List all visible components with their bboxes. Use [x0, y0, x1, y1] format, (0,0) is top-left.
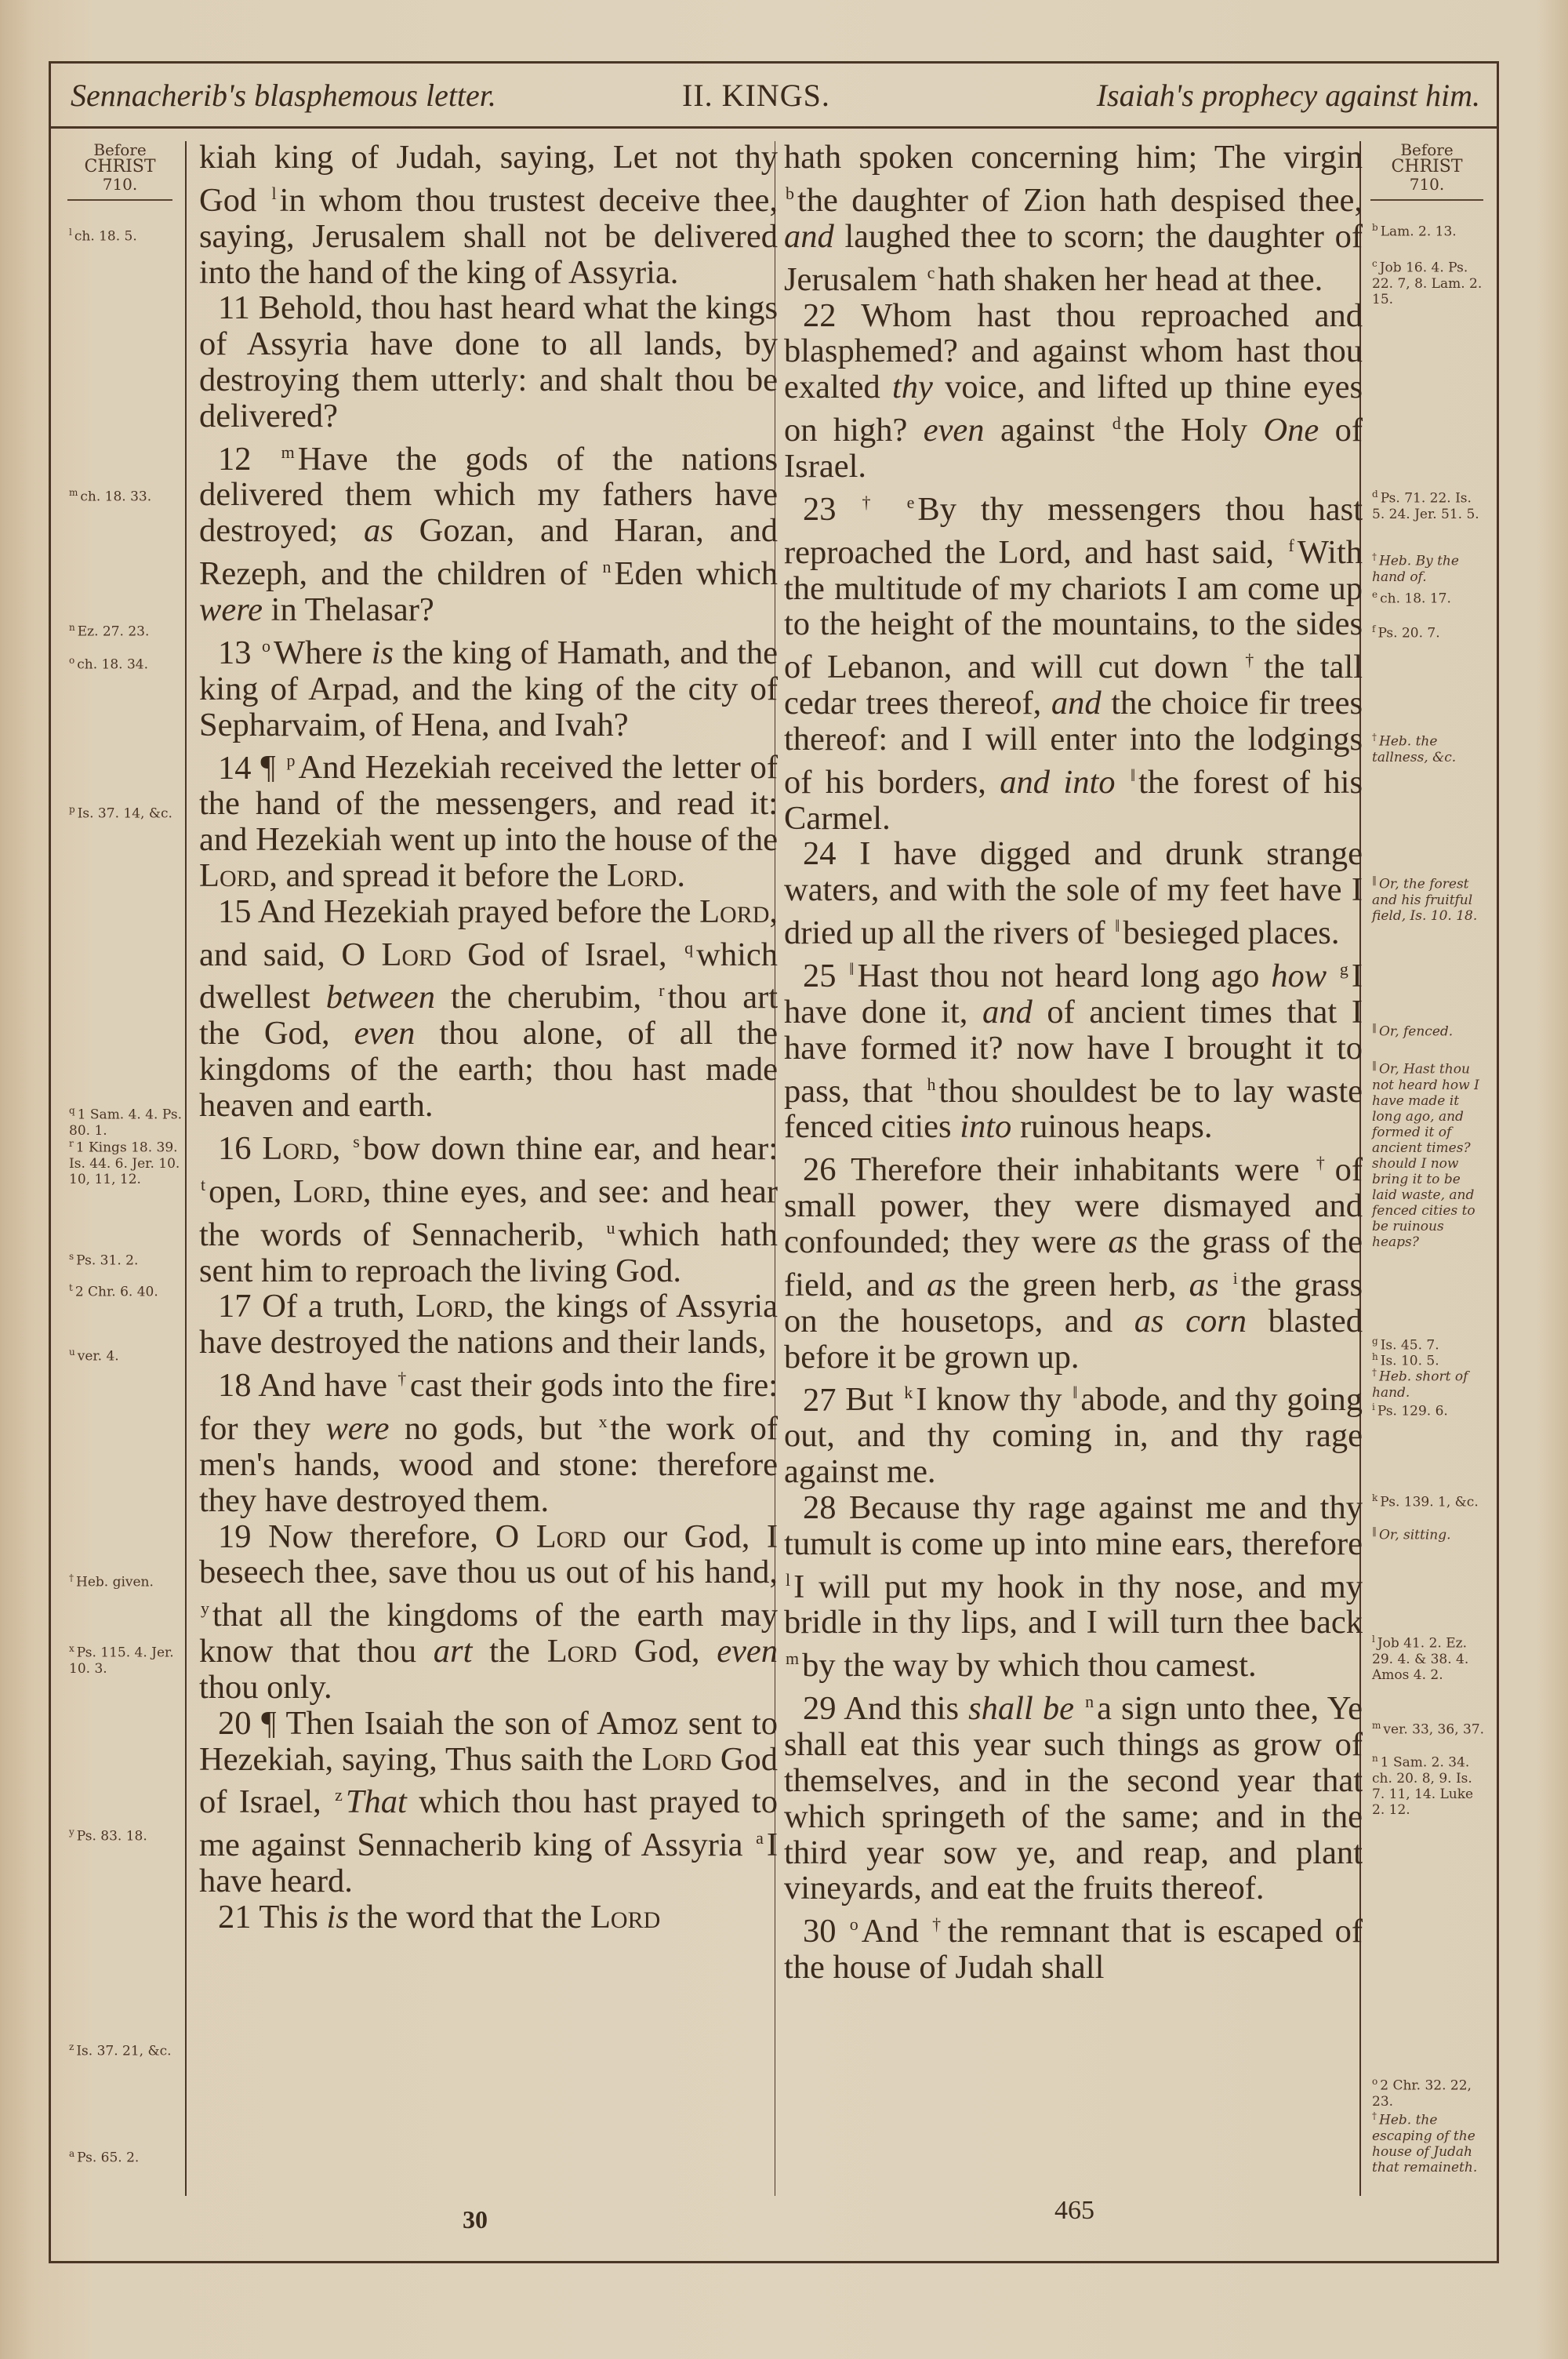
margin-note: ‖Or, fenced. [1372, 1020, 1486, 1040]
verse-27: 27 But kI know thy ‖abode, and thy going… [784, 1375, 1363, 1490]
signature-mark: 30 [463, 2205, 488, 2234]
verse-17: 17 Of a truth, Lord, the kings of Assyri… [199, 1289, 778, 1361]
margin-note: ech. 18. 17. [1372, 587, 1486, 607]
header-book-title: II. KINGS. [682, 77, 830, 114]
margin-note: †Heb. short of hand. [1372, 1365, 1486, 1401]
margin-note: aPs. 65. 2. [69, 2146, 183, 2166]
margin-note: lJob 41. 2. Ez. 29. 4. & 38. 4. Amos 4. … [1372, 1631, 1486, 1683]
margin-note: ‖Or, sitting. [1372, 1523, 1486, 1543]
left-margin-rule [185, 141, 187, 2196]
margin-note: mch. 18. 33. [69, 485, 183, 505]
margin-note: t2 Chr. 6. 40. [69, 1280, 183, 1300]
verse-29: 29 And this shall be na sign unto thee, … [784, 1684, 1363, 1906]
before-christ-label: Before CHRIST 710. [61, 141, 179, 193]
margin-note: †Heb. the tallness, &c. [1372, 729, 1486, 765]
verse-16: 16 Lord, sbow down thine ear, and hear: … [199, 1124, 778, 1289]
text-column-left: kiah king of Judah, saying, Let not thy … [199, 140, 778, 1936]
verse-23: 23 † eBy thy messengers thou hast reproa… [784, 485, 1363, 837]
margin-note: yPs. 83. 18. [69, 1824, 183, 1845]
margin-note: xPs. 115. 4. Jer. 10. 3. [69, 1641, 183, 1677]
before-christ-label: Before CHRIST 710. [1364, 141, 1490, 193]
verse-10-continued: kiah king of Judah, saying, Let not thy … [199, 140, 778, 290]
verse-22: 22 Whom hast thou reproached and blasphe… [784, 298, 1363, 485]
verse-13: 13 oWhere is the king of Hamath, and the… [199, 628, 778, 743]
margin-note: pIs. 37. 14, &c. [69, 801, 183, 822]
margin-note: och. 18. 34. [69, 652, 183, 673]
margin-note: fPs. 20. 7. [1372, 621, 1486, 642]
margin-note: dPs. 71. 22. Is. 5. 24. Jer. 51. 5. [1372, 486, 1486, 522]
margin-note: r1 Kings 18. 39. Is. 44. 6. Jer. 10. 10,… [69, 1136, 183, 1187]
divider [67, 199, 172, 201]
verse-19: 19 Now therefore, O Lord our God, I bese… [199, 1519, 778, 1706]
margin-note: uver. 4. [69, 1344, 183, 1365]
margin-note: n1 Sam. 2. 34. ch. 20. 8, 9. Is. 7. 11, … [1372, 1750, 1486, 1818]
verse-14: 14 ¶ pAnd Hezekiah received the letter o… [199, 743, 778, 893]
verse-18: 18 And have †cast their gods into the fi… [199, 1361, 778, 1519]
verse-15: 15 And Hezekiah prayed before the Lord, … [199, 894, 778, 1124]
margin-note: †Heb. By the hand of. [1372, 549, 1486, 585]
margin-note: †Heb. given. [69, 1570, 183, 1590]
verse-25: 25 ‖Hast thou not heard long ago how gI … [784, 951, 1363, 1145]
divider [1370, 199, 1483, 201]
margin-note: cJob 16. 4. Ps. 22. 7, 8. Lam. 2. 15. [1372, 256, 1486, 307]
verse-28: 28 Because thy rage against me and thy t… [784, 1490, 1363, 1684]
verse-20: 20 ¶ Then Isaiah the son of Amoz sent to… [199, 1706, 778, 1899]
verse-26: 26 Therefore their inhabitants were †of … [784, 1145, 1363, 1375]
verse-11: 11 Behold, thou hast heard what the king… [199, 290, 778, 434]
margin-note: zIs. 37. 21, &c. [69, 2039, 183, 2059]
text-column-right: hath spoken concerning him; The virgin b… [784, 140, 1363, 1986]
margin-note: kPs. 139. 1, &c. [1372, 1490, 1486, 1510]
margin-note: lch. 18. 5. [69, 224, 183, 245]
left-margin-notes: Before CHRIST 710. lch. 18. 5. mch. 18. … [61, 141, 179, 201]
margin-note: nEz. 27. 23. [69, 620, 183, 640]
header-left-title: Sennacherib's blasphemous letter. [71, 77, 496, 114]
page-number: 465 [1054, 2196, 1094, 2226]
verse-24: 24 I have digged and drunk strange water… [784, 836, 1363, 951]
margin-note: sPs. 31. 2. [69, 1249, 183, 1269]
margin-note: †Heb. the escaping of the house of Judah… [1372, 2108, 1486, 2175]
running-header: Sennacherib's blasphemous letter. II. KI… [49, 64, 1499, 129]
verse-12: 12 mHave the gods of the nations deliver… [199, 434, 778, 628]
margin-note: o2 Chr. 32. 22, 23. [1372, 2074, 1486, 2110]
verse-21: 21 This is the word that the Lord [199, 1899, 778, 1936]
margin-note: q1 Sam. 4. 4. Ps. 80. 1. [69, 1103, 183, 1139]
margin-note: mver. 33, 36, 37. [1372, 1717, 1486, 1738]
margin-note: ‖Or, the forest and his fruitful field, … [1372, 872, 1486, 924]
verse-21-continued: hath spoken concerning him; The virgin b… [784, 140, 1363, 298]
margin-note: ‖Or, Hast thou not heard how I have made… [1372, 1057, 1486, 1250]
header-right-title: Isaiah's prophecy against him. [1097, 77, 1480, 114]
verse-30: 30 oAnd †the remnant that is escaped of … [784, 1906, 1363, 1986]
margin-note: bLam. 2. 13. [1372, 220, 1486, 240]
right-margin-notes: Before CHRIST 710. bLam. 2. 13. cJob 16.… [1364, 141, 1490, 201]
margin-note: iPs. 129. 6. [1372, 1399, 1486, 1419]
